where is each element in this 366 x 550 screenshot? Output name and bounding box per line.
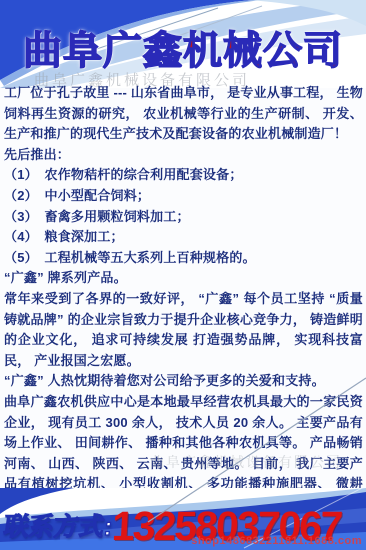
product-item-1: （1） 农作物秸杆的综合利用配套设备； (4, 165, 363, 186)
product-item-5: （5） 工程机械等五大系列上百种规格的。 (4, 248, 363, 269)
footer-banner: 联系方式: 13258037067 shop1486832211811.1688… (0, 488, 366, 550)
company-title: 曲阜广鑫机械公司 (0, 20, 366, 76)
reputation-paragraph: 常年来受到了各界的一致好评， “广鑫” 每个员工坚持 “质量铸就品牌” 的企业宗… (4, 289, 363, 371)
product-item-2: （2） 中小型配合饲料； (4, 186, 363, 207)
flyer-page: 曲阜广鑫机械公司 曲阜广鑫机械设备有限公司 工厂位于孔子故里 --- 山东省曲阜… (0, 0, 366, 550)
mid-page-watermark: 曲阜广鑫机械设备有限公司 (150, 452, 342, 472)
product-item-3: （3） 畜禽多用颗粒饲料加工； (4, 207, 363, 228)
launch-heading: 先后推出： (4, 145, 363, 166)
shop-url-watermark: shop1486832211811.1688.com (191, 535, 362, 547)
brand-line: “广鑫” 牌系列产品。 (4, 268, 363, 289)
header-banner: 曲阜广鑫机械公司 曲阜广鑫机械设备有限公司 (0, 0, 366, 88)
body-text: 工厂位于孔子故里 --- 山东省曲阜市， 是专业从事工程， 生物饲料再生资源的研… (4, 83, 363, 550)
expectation-paragraph: “广鑫” 人热忱期待着您对公司给予更多的关爱和支持。 (4, 371, 363, 392)
intro-paragraph: 工厂位于孔子故里 --- 山东省曲阜市， 是专业从事工程， 生物饲料再生资源的研… (4, 83, 363, 145)
product-item-4: （4） 粮食深加工； (4, 227, 363, 248)
contact-label: 联系方式: (1, 507, 115, 547)
